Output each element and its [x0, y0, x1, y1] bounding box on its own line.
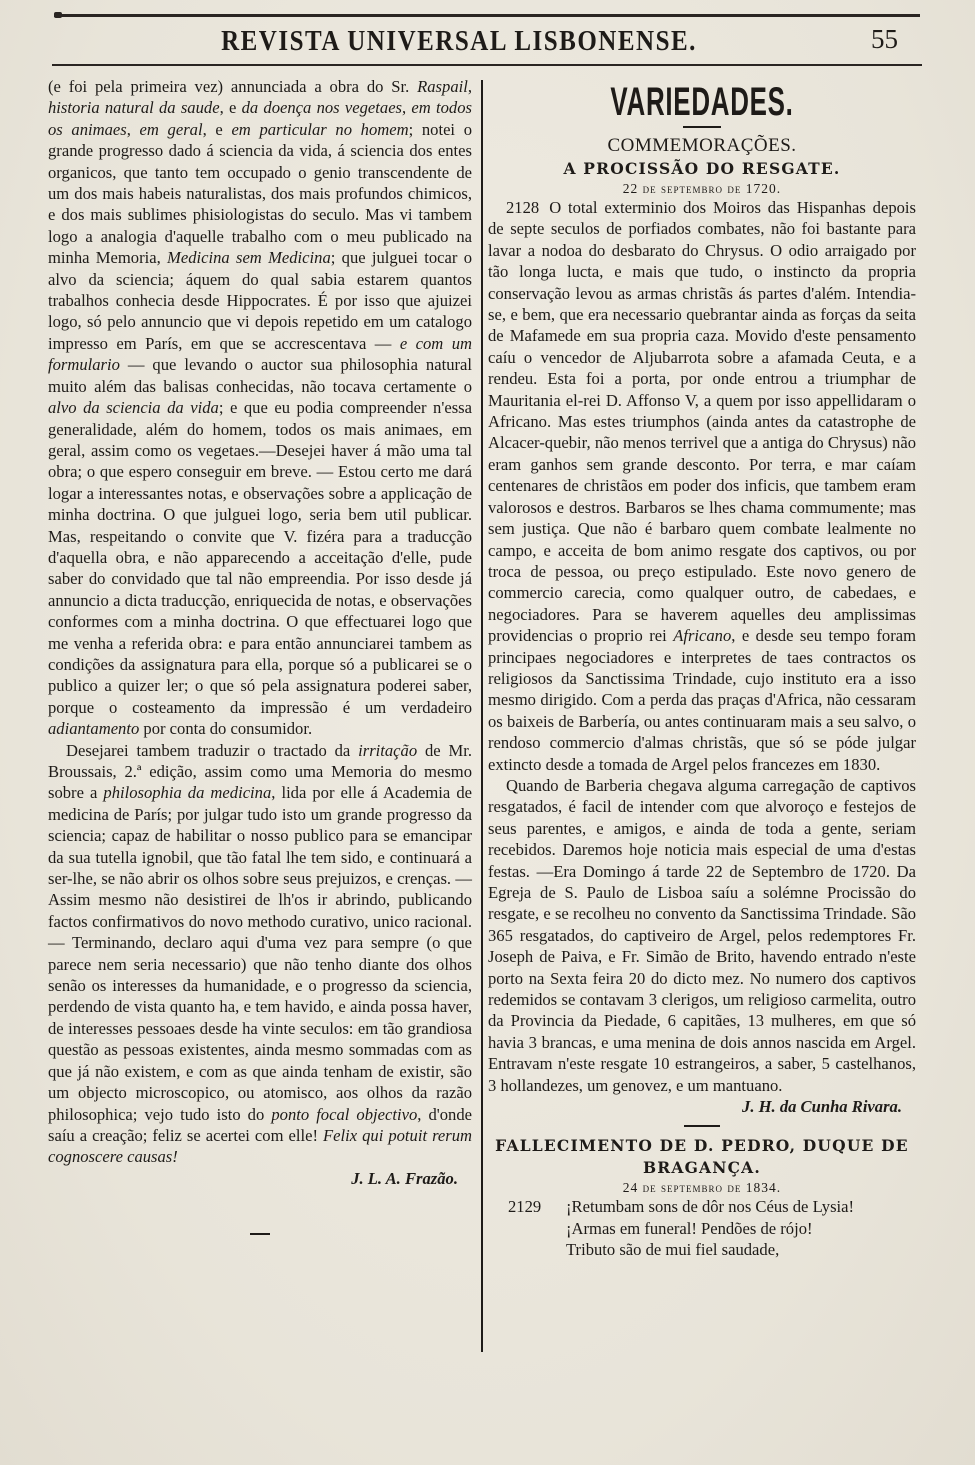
header-rule	[52, 64, 922, 66]
article-text: O total exterminio dos Moiros das Hispan…	[488, 198, 916, 774]
article-headline: A PROCISSÃO DO RESGATE.	[488, 158, 916, 180]
article-headline: FALLECIMENTO DE D. PEDRO, DUQUE DE BRAGA…	[488, 1135, 916, 1179]
running-head: REVISTA UNIVERSAL LISBONENSE. 55	[54, 24, 920, 60]
article-separator	[684, 1125, 720, 1127]
entry-number: 2129	[508, 1196, 566, 1217]
article-paragraph-1: 2128O total exterminio dos Moiros das Hi…	[488, 197, 916, 775]
verse-line: ¡Retumbam sons de dôr nos Céus de Lysia!	[566, 1197, 854, 1216]
subsection-title: COMMEMORAÇÕES.	[488, 134, 916, 158]
left-paragraph-2: Desejarei tambem traduzir o tractado da …	[48, 740, 472, 1168]
column-divider	[481, 80, 483, 1352]
left-paragraph-1: (e foi pela primeira vez) annunciada a o…	[48, 76, 472, 740]
running-title: REVISTA UNIVERSAL LISBONENSE.	[54, 26, 864, 58]
verse-line: ¡Armas em funeral! Pendões de rójo!	[508, 1218, 916, 1239]
article-dateline: 22 de septembro de 1720.	[488, 180, 916, 197]
left-column: (e foi pela primeira vez) annunciada a o…	[48, 76, 472, 1235]
section-rule	[683, 126, 721, 128]
left-signature: J. L. A. Frazão.	[48, 1168, 472, 1189]
verse-line: Tributo são de mui fiel saudade,	[508, 1239, 916, 1260]
article-dateline: 24 de septembro de 1834.	[488, 1179, 916, 1196]
right-column: VARIEDADES. COMMEMORAÇÕES. A PROCISSÃO D…	[488, 76, 916, 1261]
article-procissao: A PROCISSÃO DO RESGATE. 22 de septembro …	[488, 158, 916, 1117]
section-title: VARIEDADES.	[548, 80, 856, 124]
end-rule	[250, 1233, 270, 1235]
newspaper-page: REVISTA UNIVERSAL LISBONENSE. 55 (e foi …	[0, 0, 975, 1465]
article-fallecimento: FALLECIMENTO DE D. PEDRO, DUQUE DE BRAGA…	[488, 1135, 916, 1260]
verse-block: 2129¡Retumbam sons de dôr nos Céus de Ly…	[488, 1196, 916, 1260]
article-signature: J. H. da Cunha Rivara.	[488, 1096, 916, 1117]
page-number: 55	[871, 24, 898, 55]
entry-number: 2128	[506, 198, 539, 217]
article-paragraph-2: Quando de Barberia chegava alguma carreg…	[488, 775, 916, 1096]
top-rule	[54, 14, 920, 17]
